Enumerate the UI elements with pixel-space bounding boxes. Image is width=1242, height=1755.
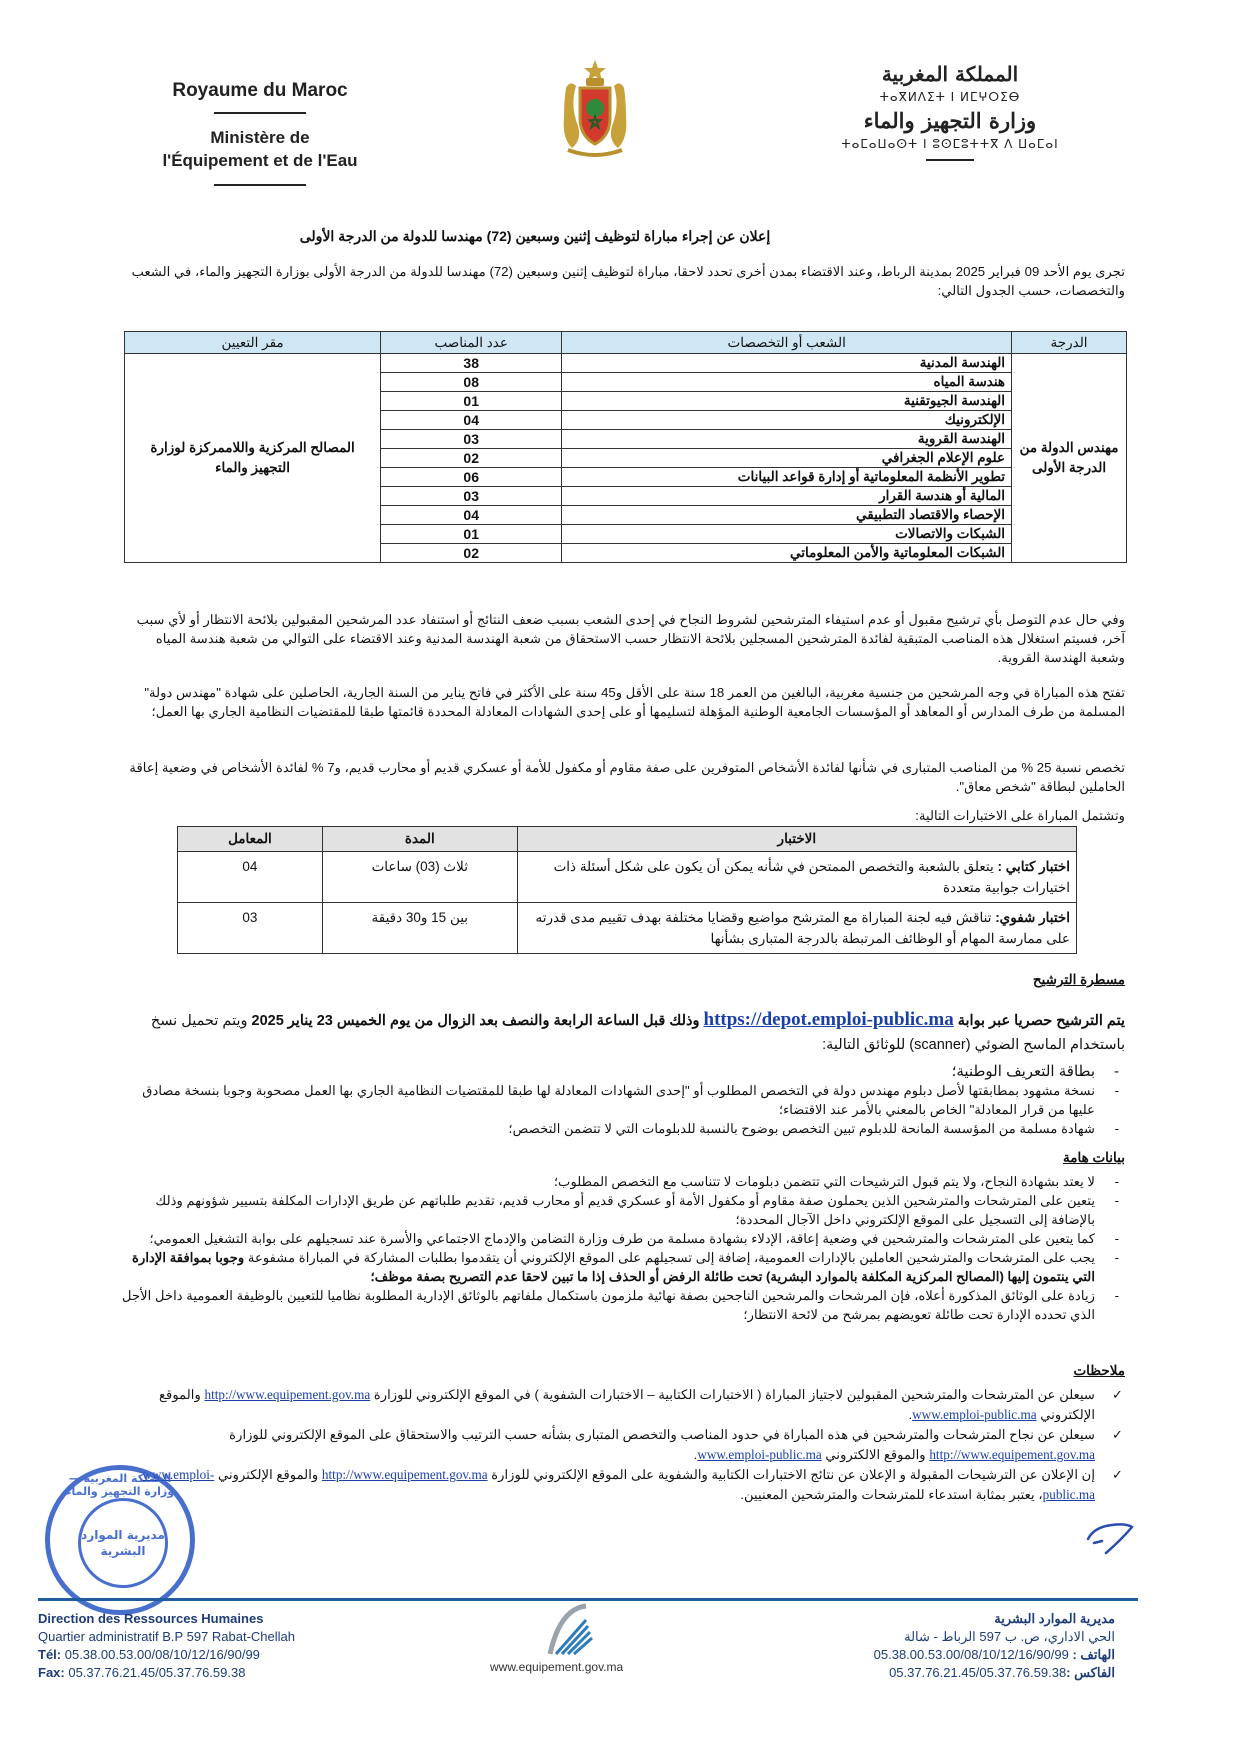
count-cell: 02 bbox=[381, 449, 562, 468]
section-heading-important: بيانات هامة bbox=[900, 1150, 1125, 1166]
note-text: والموقع الالكتروني bbox=[822, 1447, 930, 1462]
fax-label: الفاكس : bbox=[1066, 1665, 1115, 1680]
count-cell: 03 bbox=[381, 430, 562, 449]
equipement-link[interactable]: http://www.equipement.gov.ma bbox=[929, 1447, 1095, 1462]
count-cell: 03 bbox=[381, 487, 562, 506]
table-row: اختبار كتابي : يتعلق بالشعبة والتخصص الم… bbox=[178, 852, 1077, 903]
count-cell: 01 bbox=[381, 525, 562, 544]
phone-number: 05.38.00.53.00/08/10/12/16/90/99 bbox=[61, 1647, 260, 1662]
test-desc: يتعلق بالشعبة والتخصص الممتحن في شأنه يم… bbox=[554, 859, 1070, 895]
table-header-row: الدرجة الشعب أو التخصصات عدد المناصب مقر… bbox=[125, 332, 1127, 354]
column-header-duration: المدة bbox=[322, 827, 517, 852]
intro-paragraph: تجرى يوم الأحد 09 فبراير 2025 بمدينة الر… bbox=[120, 262, 1125, 300]
list-item: إن الإعلان عن الترشيحات المقبولة و الإعل… bbox=[120, 1465, 1125, 1505]
list-item: بطاقة التعريف الوطنية؛ bbox=[120, 1062, 1125, 1081]
fax-label: Fax: bbox=[38, 1665, 65, 1680]
note-text: سيعلن عن المترشحات والمترشحين المقبولين … bbox=[370, 1387, 1095, 1402]
ministry-name-fr-line2: l'Équipement et de l'Eau bbox=[130, 149, 390, 172]
count-cell: 01 bbox=[381, 392, 562, 411]
count-cell: 38 bbox=[381, 354, 562, 373]
duration-cell: ثلاث (03) ساعات bbox=[322, 852, 517, 903]
quota-paragraph: تخصص نسبة 25 % من المناصب المتبارى في شأ… bbox=[120, 758, 1125, 796]
divider bbox=[214, 184, 306, 186]
footer-website[interactable]: www.equipement.gov.ma bbox=[490, 1660, 623, 1674]
specialty-cell: الهندسة القروية bbox=[562, 430, 1012, 449]
column-header-grade: الدرجة bbox=[1012, 332, 1127, 354]
emploi-public-link[interactable]: www.emploi-public.ma bbox=[912, 1407, 1036, 1422]
test-description-cell: اختبار كتابي : يتعلق بالشعبة والتخصص الم… bbox=[517, 852, 1076, 903]
fax-number: 05.37.76.21.45/05.37.76.59.38 bbox=[889, 1665, 1066, 1680]
ministry-name-ar: وزارة التجهيز والماء bbox=[840, 108, 1060, 133]
divider bbox=[214, 112, 306, 114]
specialty-cell: تطوير الأنظمة المعلوماتية أو إدارة قواعد… bbox=[562, 468, 1012, 487]
phone-label: Tél: bbox=[38, 1647, 61, 1662]
application-paragraph: يتم الترشيح حصريا عبر بوابة https://depo… bbox=[120, 1008, 1125, 1057]
specialty-cell: هندسة المياه bbox=[562, 373, 1012, 392]
stamp-ring-text: المملكة المغربية — وزارة التجهيز والماء bbox=[58, 1472, 182, 1498]
note-text: ، يعتبر بمثابة استدعاء للمترشحات والمترش… bbox=[740, 1487, 1042, 1502]
test-name: اختبار كتابي : bbox=[998, 859, 1071, 874]
list-item: سيعلن عن نجاح المترشحات والمترشحين في هذ… bbox=[120, 1425, 1125, 1465]
tests-table: الاختبار المدة المعامل اختبار كتابي : يت… bbox=[177, 826, 1077, 954]
table-header-row: الاختبار المدة المعامل bbox=[178, 827, 1077, 852]
important-list: لا يعتد بشهادة النجاح، ولا يتم قبول التر… bbox=[120, 1172, 1125, 1324]
column-header-count: عدد المناصب bbox=[381, 332, 562, 354]
table-row: اختبار شفوي: تناقش فيه لجنة المباراة مع … bbox=[178, 903, 1077, 954]
ministry-logo-icon bbox=[538, 1602, 598, 1662]
notes-list: سيعلن عن المترشحات والمترشحين المقبولين … bbox=[120, 1385, 1125, 1505]
tests-intro: وتشتمل المباراة على الاختبارات التالية: bbox=[120, 806, 1125, 825]
phone-number: 05.38.00.53.00/08/10/12/16/90/99 bbox=[874, 1647, 1073, 1662]
table-row: مهندس الدولة من الدرجة الأولى الهندسة ال… bbox=[125, 354, 1127, 373]
count-cell: 02 bbox=[381, 544, 562, 563]
place-cell: المصالح المركزية واللاممركزة لوزارة التج… bbox=[125, 354, 381, 563]
list-item: يجب على المترشحات والمترشحين العاملين با… bbox=[120, 1248, 1125, 1286]
footer-fax-fr: Fax: 05.37.76.21.45/05.37.76.59.38 bbox=[38, 1664, 295, 1682]
note-text: والموقع الإلكتروني bbox=[214, 1467, 322, 1482]
emploi-public-link[interactable]: www.emploi-public.ma bbox=[697, 1447, 821, 1462]
kingdom-name-fr: Royaume du Maroc bbox=[130, 80, 390, 102]
coefficient-cell: 04 bbox=[178, 852, 323, 903]
test-desc: تناقش فيه لجنة المباراة مع المترشح مواضي… bbox=[535, 910, 1070, 946]
count-cell: 04 bbox=[381, 506, 562, 525]
equipement-link[interactable]: http://www.equipement.gov.ma bbox=[205, 1387, 371, 1402]
signature-icon bbox=[1080, 1515, 1140, 1555]
count-cell: 08 bbox=[381, 373, 562, 392]
footer-phone-fr: Tél: 05.38.00.53.00/08/10/12/16/90/99 bbox=[38, 1646, 295, 1664]
duration-cell: بين 15 و30 دقيقة bbox=[322, 903, 517, 954]
header-french: Royaume du Maroc Ministère de l'Équipeme… bbox=[130, 80, 390, 198]
test-name: اختبار شفوي: bbox=[995, 910, 1070, 925]
footer-french: Direction des Ressources Humaines Quarti… bbox=[38, 1610, 295, 1682]
footer-arabic: مديرية الموارد البشرية الحي الاداري، ص. … bbox=[740, 1610, 1115, 1682]
list-item: كما يتعين على المترشحات والمترشحين في وض… bbox=[120, 1229, 1125, 1248]
coefficient-cell: 03 bbox=[178, 903, 323, 954]
kingdom-name-tifinagh: ⵜⴰⴳⵍⴷⵉⵜ ⵏ ⵍⵎⵖⵔⵉⴱ bbox=[840, 90, 1060, 104]
column-header-specialty: الشعب أو التخصصات bbox=[562, 332, 1012, 354]
announcement-title: إعلان عن إجراء مباراة لتوظيف إثنين وسبعي… bbox=[150, 228, 920, 245]
footer-address-ar: الحي الاداري، ص. ب 597 الرباط - شالة bbox=[740, 1628, 1115, 1646]
equipement-link[interactable]: http://www.equipement.gov.ma bbox=[322, 1467, 488, 1482]
footer-direction-fr: Direction des Ressources Humaines bbox=[38, 1610, 295, 1628]
divider bbox=[926, 159, 974, 161]
footer-address-fr: Quartier administratif B.P 597 Rabat-Che… bbox=[38, 1628, 295, 1646]
kingdom-name-ar: المملكة المغربية bbox=[840, 62, 1060, 86]
coat-of-arms-icon bbox=[560, 58, 630, 158]
count-cell: 06 bbox=[381, 468, 562, 487]
list-item: سيعلن عن المترشحات والمترشحين المقبولين … bbox=[120, 1385, 1125, 1425]
list-item: شهادة مسلمة من المؤسسة المانحة للدبلوم ت… bbox=[120, 1119, 1125, 1138]
header-arabic: المملكة المغربية ⵜⴰⴳⵍⴷⵉⵜ ⵏ ⵍⵎⵖⵔⵉⴱ وزارة … bbox=[840, 62, 1060, 161]
specialty-cell: الشبكات المعلوماتية والأمن المعلوماتي bbox=[562, 544, 1012, 563]
specialty-cell: الشبكات والاتصالات bbox=[562, 525, 1012, 544]
phone-label: الهاتف : bbox=[1072, 1647, 1115, 1662]
official-stamp: المملكة المغربية — وزارة التجهيز والماء … bbox=[45, 1465, 195, 1615]
application-text: يتم الترشيح حصريا عبر بوابة bbox=[954, 1013, 1125, 1029]
footer-phone-ar: الهاتف : 05.38.00.53.00/08/10/12/16/90/9… bbox=[740, 1646, 1115, 1664]
application-deadline: وذلك قبل الساعة الرابعة والنصف بعد الزوا… bbox=[252, 1013, 704, 1029]
section-heading-application: مسطرة الترشيح bbox=[900, 972, 1125, 988]
fax-number: 05.37.76.21.45/05.37.76.59.38 bbox=[65, 1665, 246, 1680]
list-item-text: يجب على المترشحات والمترشحين العاملين با… bbox=[244, 1250, 1095, 1265]
footer-divider bbox=[38, 1598, 1138, 1601]
specialty-cell: الهندسة الجيوتقنية bbox=[562, 392, 1012, 411]
section-heading-notes: ملاحظات bbox=[900, 1363, 1125, 1379]
positions-table: الدرجة الشعب أو التخصصات عدد المناصب مقر… bbox=[124, 331, 1127, 563]
footer-direction-ar: مديرية الموارد البشرية bbox=[740, 1610, 1115, 1628]
eligibility-paragraph: تفتح هذه المباراة في وجه المرشحين من جنس… bbox=[120, 683, 1125, 721]
ministry-name-tifinagh: ⵜⴰⵎⴰⵡⴰⵙⵜ ⵏ ⵓⵙⵎⵓⵜⵜⴳ ⴷ ⵡⴰⵎⴰⵏ bbox=[840, 137, 1060, 151]
note-text: إن الإعلان عن الترشيحات المقبولة و الإعل… bbox=[488, 1467, 1095, 1482]
depot-portal-link[interactable]: https://depot.emploi-public.ma bbox=[704, 1009, 954, 1030]
list-item: يتعين على المترشحات والمترشحين الذين يحم… bbox=[120, 1191, 1125, 1229]
specialty-cell: المالية أو هندسة القرار bbox=[562, 487, 1012, 506]
count-cell: 04 bbox=[381, 411, 562, 430]
footer-fax-ar: الفاكس :05.37.76.21.45/05.37.76.59.38 bbox=[740, 1664, 1115, 1682]
specialty-cell: علوم الإعلام الجغرافي bbox=[562, 449, 1012, 468]
note-text: سيعلن عن نجاح المترشحات والمترشحين في هذ… bbox=[229, 1427, 1095, 1442]
waiting-list-paragraph: وفي حال عدم التوصل بأي ترشيح مقبول أو عد… bbox=[120, 610, 1125, 667]
grade-cell: مهندس الدولة من الدرجة الأولى bbox=[1012, 354, 1127, 563]
specialty-cell: الهندسة المدنية bbox=[562, 354, 1012, 373]
specialty-cell: الإلكترونيك bbox=[562, 411, 1012, 430]
list-item: لا يعتد بشهادة النجاح، ولا يتم قبول التر… bbox=[120, 1172, 1125, 1191]
column-header-coefficient: المعامل bbox=[178, 827, 323, 852]
stamp-center-text: مديرية الموارد البشرية bbox=[78, 1498, 168, 1588]
list-item: زيادة على الوثائق المذكورة أعلاه، فإن ال… bbox=[120, 1286, 1125, 1324]
specialty-cell: الإحصاء والاقتصاد التطبيقي bbox=[562, 506, 1012, 525]
list-item: نسخة مشهود بمطابقتها لأصل دبلوم مهندس دو… bbox=[120, 1081, 1125, 1119]
test-description-cell: اختبار شفوي: تناقش فيه لجنة المباراة مع … bbox=[517, 903, 1076, 954]
ministry-name-fr-line1: Ministère de bbox=[130, 126, 390, 149]
required-documents-list: بطاقة التعريف الوطنية؛ نسخة مشهود بمطابق… bbox=[120, 1062, 1125, 1138]
column-header-place: مقر التعيين bbox=[125, 332, 381, 354]
column-header-test: الاختبار bbox=[517, 827, 1076, 852]
